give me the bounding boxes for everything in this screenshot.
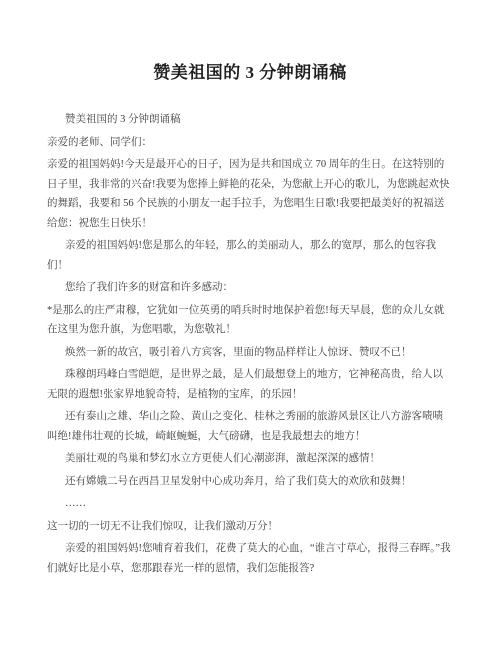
paragraph: 赞美祖国的 3 分钟朗诵稿: [47, 110, 453, 130]
paragraph: 珠穆朗玛峰白雪皑皑，是世界之最，是人们最想登上的地方，它神秘高贵，给人以无限的遐…: [47, 365, 453, 404]
paragraph: 这一切的一切无不让我们惊叹，让我们激动万分！: [47, 517, 453, 537]
paragraph: 亲爱的祖国妈妈!今天是最开心的日子，因为是共和国成立 70 周年的生日。在这特别…: [47, 155, 453, 233]
paragraph: 亲爱的祖国妈妈!您哺育着我们，花费了莫大的心血，“谁言寸草心，报得三春晖。”我们…: [47, 539, 453, 578]
paragraph: 还有嫦娥二号在西昌卫星发射中心成功奔月，给了我们莫大的欢欣和鼓舞！: [47, 472, 453, 492]
paragraph: 亲爱的老师、同学们：: [47, 133, 453, 153]
paragraph: 美丽壮观的鸟巢和梦幻水立方更使人们心潮澎湃，激起深深的感情！: [47, 449, 453, 469]
document-page: 赞美祖国的 3 分钟朗诵稿 赞美祖国的 3 分钟朗诵稿亲爱的老师、同学们：亲爱的…: [0, 0, 500, 647]
paragraph: 亲爱的祖国妈妈!您是那么的年轻，那么的美丽动人，那么的宽厚，那么的包容我们！: [47, 236, 453, 275]
paragraph: *是那么的庄严肃穆，它犹如一位英勇的哨兵时时地保护着您!每天早晨，您的众儿女就在…: [47, 301, 453, 340]
document-title: 赞美祖国的 3 分钟朗诵稿: [47, 60, 453, 86]
paragraph: 还有泰山之雄、华山之险、黄山之变化、桂林之秀丽的旅游风景区让八方游客啧啧叫绝!雄…: [47, 407, 453, 446]
paragraph: 焕然一新的故宫，吸引着八方宾客，里面的物品样样让人惊讶、赞叹不已！: [47, 343, 453, 363]
paragraph: ……: [47, 494, 453, 514]
paragraph: 您给了我们许多的财富和许多感动：: [47, 278, 453, 298]
paragraph-list: 赞美祖国的 3 分钟朗诵稿亲爱的老师、同学们：亲爱的祖国妈妈!今天是最开心的日子…: [47, 110, 453, 578]
